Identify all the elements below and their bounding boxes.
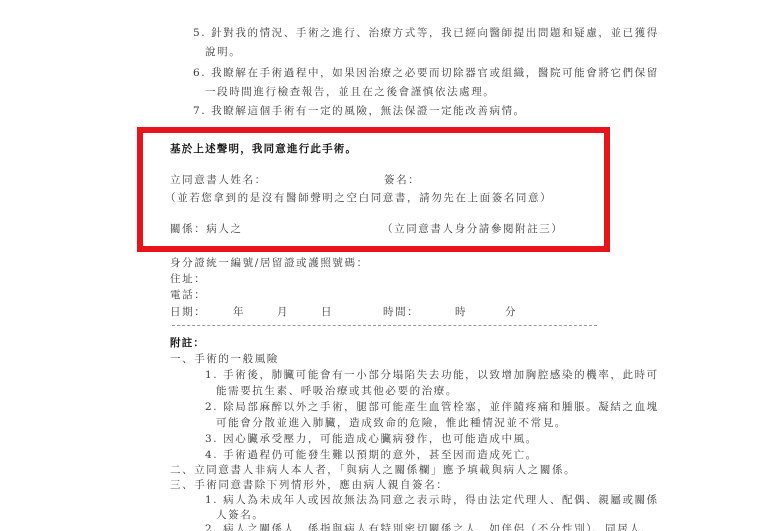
signer-case-2: 2. 病人之關係人，係指與病人有特別密切關係之人，如伴侶（不分性別）、同居人、: [205, 522, 654, 531]
signer-case-1-cont: 人簽名。: [216, 508, 264, 522]
signer-name-label: 立同意書人姓名：: [170, 173, 267, 187]
month-label: 月: [277, 305, 289, 319]
statement-7: 7. 我瞭解這個手術有一定的風險，無法保證一定能改善病情。: [193, 104, 526, 118]
consent-form-page: 5. 針對我的情況、手術之進行、治療方式等，我已經向醫師提出問題和疑慮，並已獲得…: [0, 0, 768, 531]
notes-title: 附註：: [170, 336, 205, 350]
risk-item-2-cont: 可能會分散並進入肺臟，造成致命的危險，惟此種情況並不常見。: [216, 416, 567, 430]
blank-form-warning: （並若您拿到的是沒有醫師聲明之空白同意書，請勿先在上面簽名同意）: [165, 191, 552, 205]
notes-section-2: 二、立同意書人非病人本人者，「與病人之關係欄」應予填載與病人之關係。: [170, 463, 576, 477]
statement-6: 6. 我瞭解在手術過程中，如果因治療之必要而切除器官或組織，醫院可能會將它們保留: [193, 66, 659, 80]
phone-label: 電話：: [170, 288, 206, 302]
risk-item-1-cont: 能需要抗生素、呼吸治療或其他必要的治療。: [216, 384, 458, 398]
year-label: 年: [233, 305, 245, 319]
notes-section-3-title: 三、手術同意書除下列情形外，應由病人親自簽名：: [170, 478, 448, 492]
day-label: 日: [321, 305, 333, 319]
risk-item-2: 2. 除局部麻醉以外之手術，腿部可能產生血管栓塞，並伴隨疼痛和腫脹。凝結之血塊: [205, 400, 659, 414]
risk-item-1: 1. 手術後，肺臟可能會有一小部分塌陷失去功能，以致增加胸腔感染的機率，此時可: [205, 368, 659, 382]
minute-label: 分: [505, 305, 517, 319]
statement-5-cont: 說明。: [205, 45, 241, 59]
dashed-separator: [172, 325, 597, 326]
id-number-label: 身分證統一編號/居留證或護照號碼：: [170, 256, 369, 270]
agreement-statement: 基於上述聲明，我同意進行此手術。: [170, 142, 357, 156]
risk-item-4: 4. 手術過程仍可能發生難以預期的意外，甚至因而造成死亡。: [205, 448, 538, 462]
signer-case-1: 1. 病人為未成年人或因故無法為同意之表示時，得由法定代理人、配偶、親屬或關係: [205, 493, 659, 507]
notes-section-1-title: 一、手術的一般風險: [170, 352, 279, 366]
time-label: 時間：: [383, 305, 419, 319]
statement-5: 5. 針對我的情況、手術之進行、治療方式等，我已經向醫師提出問題和疑慮，並已獲得: [193, 26, 659, 40]
relation-label: 關係：病人之: [170, 222, 243, 236]
signature-label: 簽名：: [384, 173, 420, 187]
identity-note: （立同意書人身分請參閱附註三）: [382, 222, 564, 236]
statement-6-cont: 一段時間進行檢查報告，並且在之後會謹慎依法處理。: [205, 85, 495, 99]
address-label: 住址：: [170, 272, 206, 286]
risk-item-3: 3. 因心臟承受壓力，可能造成心臟病發作，也可能造成中風。: [205, 432, 538, 446]
hour-label: 時: [455, 305, 467, 319]
date-label: 日期：: [170, 305, 206, 319]
